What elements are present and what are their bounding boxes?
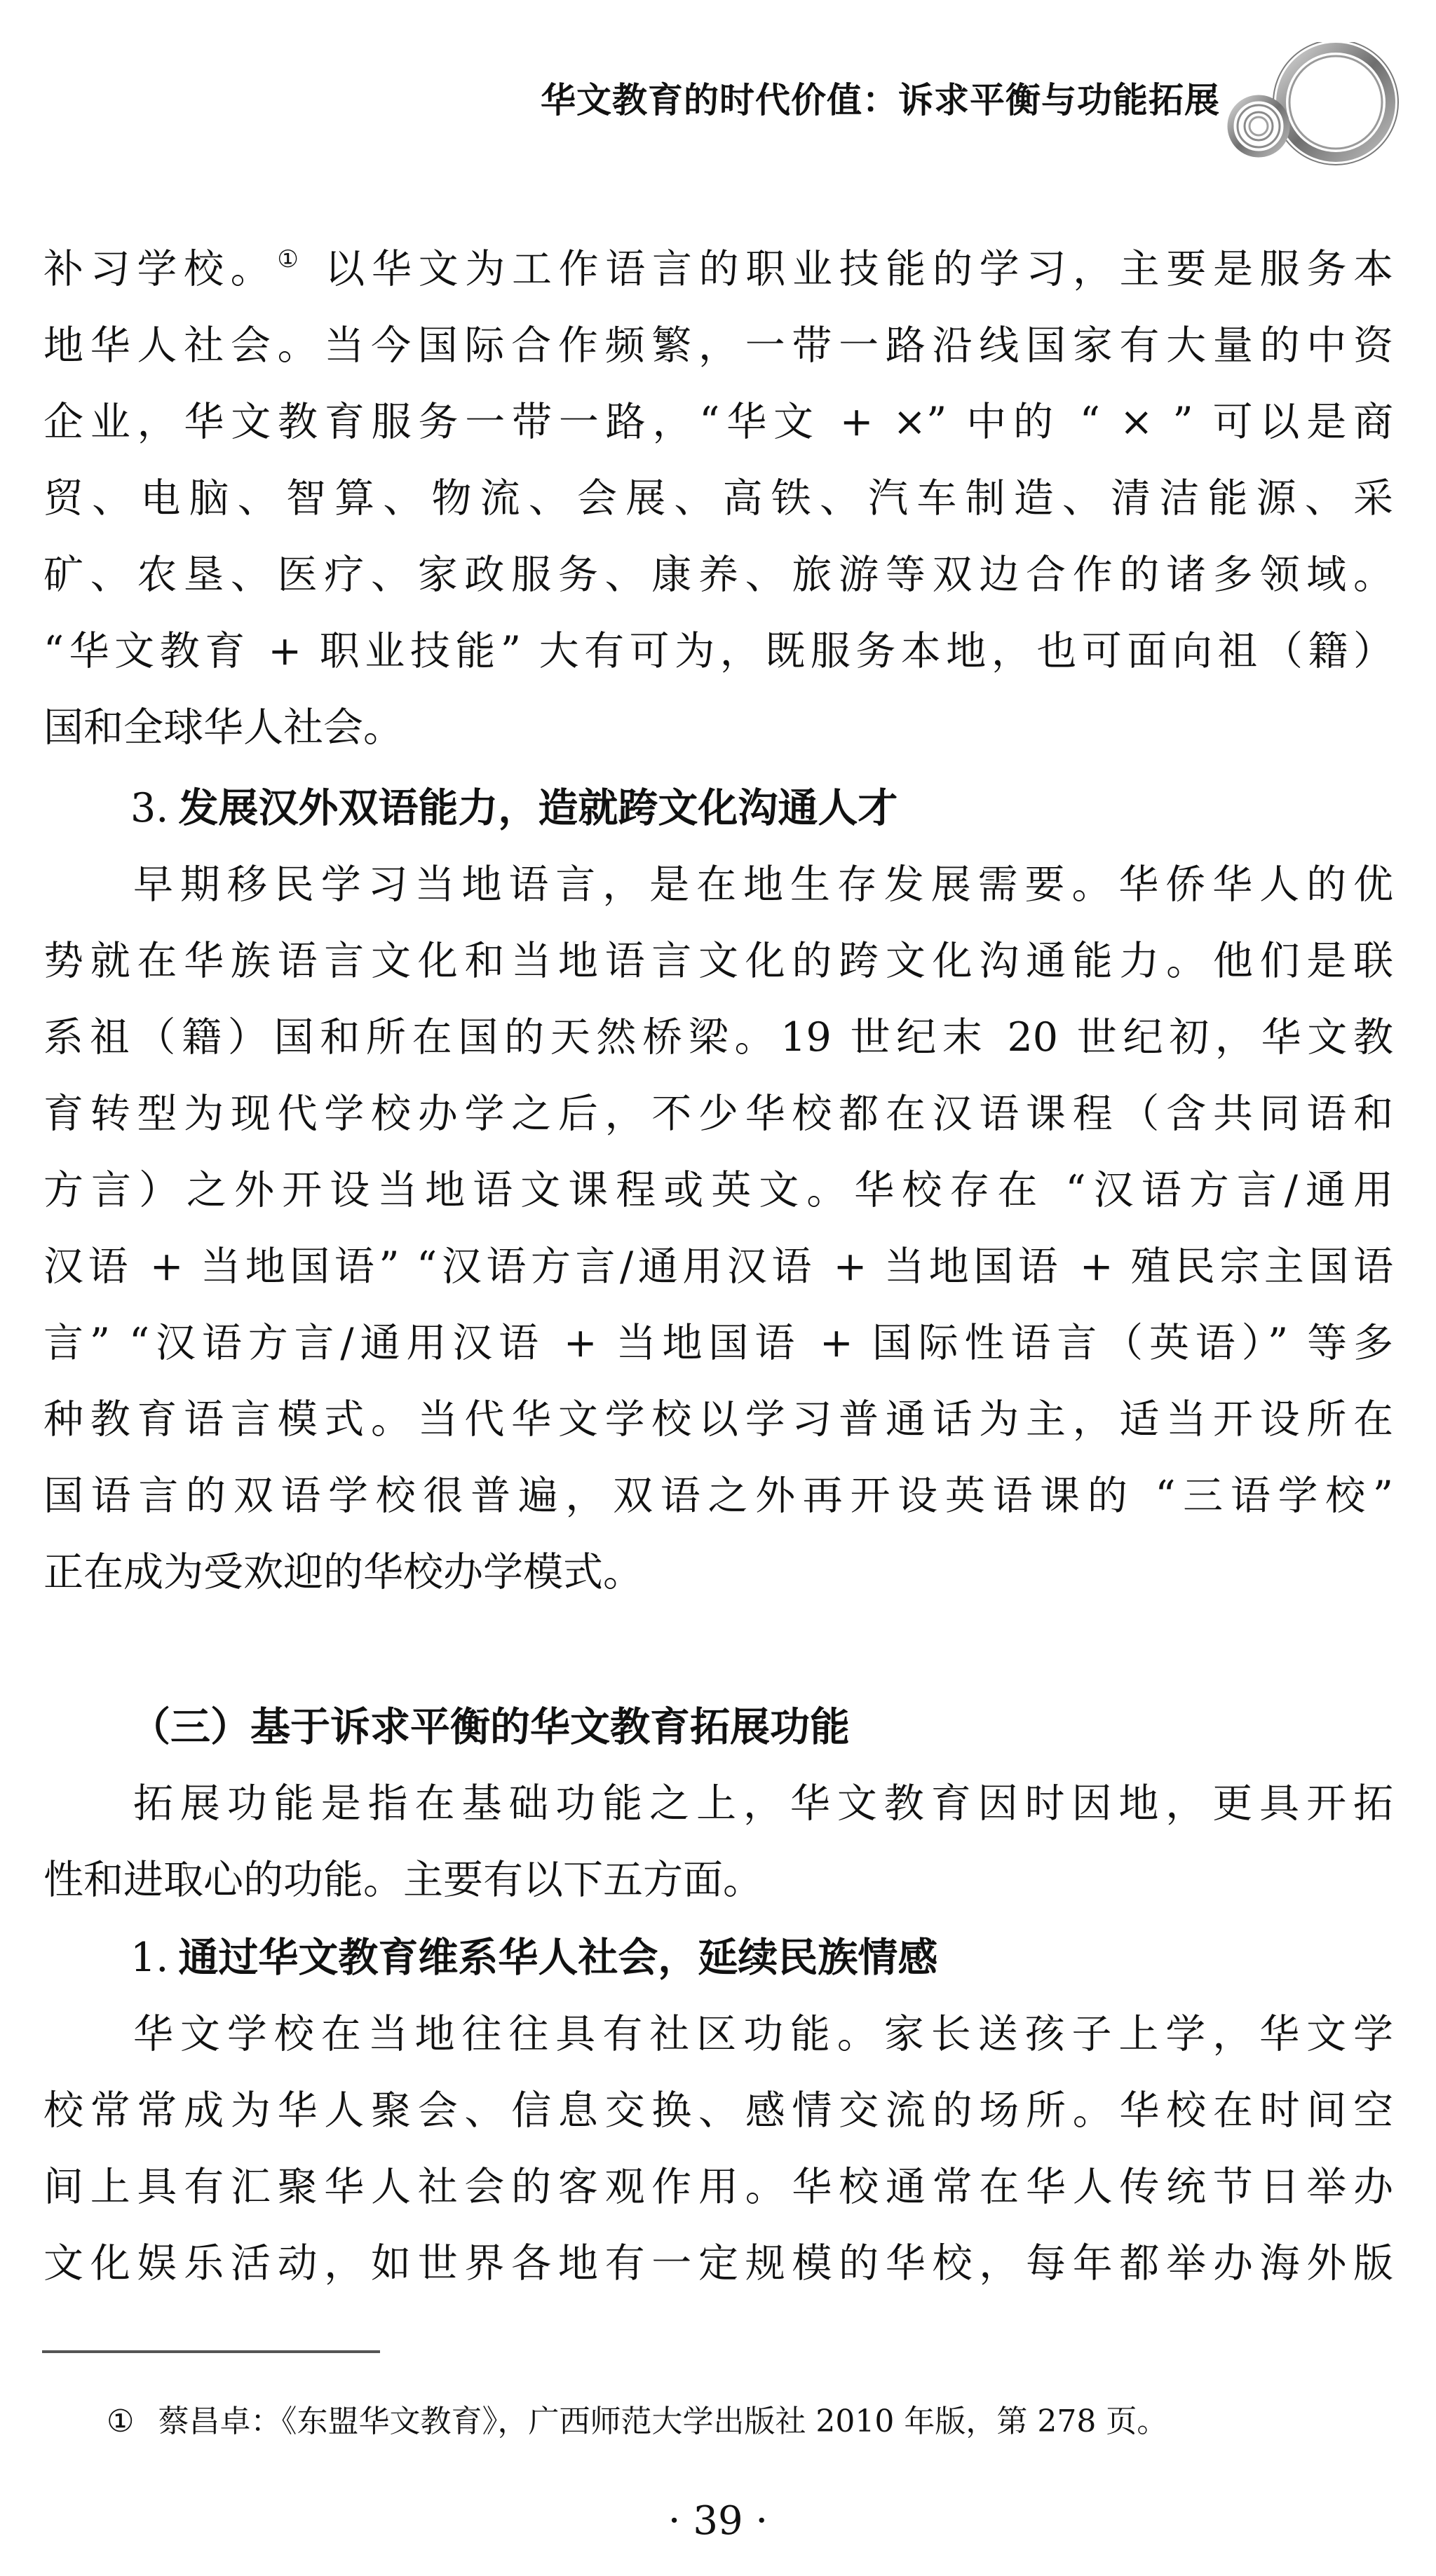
section-heading: （三）基于诉求平衡的华文教育拓展功能 <box>130 1689 850 1766</box>
body-line: 汉语 + 当地国语” “汉语方言/通用汉语 + 当地国语 + 殖民宗主国语 <box>43 1229 1393 1305</box>
body-line: 企业，华文教育服务一带一路，“华文 + ×” 中的 “ × ” 可以是商 <box>43 384 1393 461</box>
body-line: “华文教育 + 职业技能” 大有可为，既服务本地，也可面向祖（籍） <box>43 613 1393 690</box>
body-line: 势就在华族语言文化和当地语言文化的跨文化沟通能力。他们是联 <box>43 923 1393 1000</box>
heading-text: 发展汉外双语能力，造就跨文化沟通人才 <box>178 785 897 831</box>
heading-number: 3. <box>130 785 168 831</box>
body-line: 贸、电脑、智算、物流、会展、高铁、汽车制造、清洁能源、采 <box>43 461 1393 537</box>
body-line: 育转型为现代学校办学之后，不少华校都在汉语课程（含共同语和 <box>43 1076 1393 1152</box>
heading-text: 通过华文教育维系华人社会，延续民族情感 <box>178 1935 937 1981</box>
body-line: 正在成为受欢迎的华校办学模式。 <box>43 1534 1393 1611</box>
footnote-ref[interactable]: ① <box>277 245 305 273</box>
body-line: 种教育语言模式。当代华文学校以学习普通话为主，适当开设所在 <box>43 1382 1393 1458</box>
page-number: · 39 · <box>0 2497 1436 2546</box>
footnote-text: 蔡昌卓：《东盟华文教育》，广西师范大学出版社 2010 年版，第 278 页。 <box>158 2404 1167 2439</box>
footnote: ①蔡昌卓：《东盟华文教育》，广西师范大学出版社 2010 年版，第 278 页。 <box>107 2401 1167 2443</box>
footnote-divider <box>42 2350 380 2353</box>
running-head-title: 华文教育的时代价值：诉求平衡与功能拓展 <box>449 76 1220 125</box>
body-line: 国和全球华人社会。 <box>43 690 1393 766</box>
body-text: 补习学校。 <box>43 246 277 292</box>
body-line: 间上具有汇聚华人社会的客观作用。华校通常在华人传统节日举办 <box>43 2149 1393 2226</box>
body-text: 以华文为工作语言的职业技能的学习，主要是服务本 <box>306 246 1394 292</box>
body-line: 系祖（籍）国和所在国的天然桥梁。19 世纪末 20 世纪初，华文教 <box>43 1000 1393 1076</box>
double-ring-emblem-icon <box>1224 42 1399 168</box>
body-line: 国语言的双语学校很普遍，双语之外再开设英语课的 “三语学校” <box>43 1458 1393 1534</box>
body-line: 方言）之外开设当地语文课程或英文。华校存在 “汉语方言/通用 <box>43 1152 1393 1229</box>
subsection-heading-1: 1.通过华文教育维系华人社会，延续民族情感 <box>130 1920 937 1996</box>
footnote-mark: ① <box>107 2404 134 2439</box>
body-line: 华文学校在当地往往具有社区功能。家长送孩子上学，华文学 <box>133 1996 1393 2073</box>
subsection-heading-3: 3.发展汉外双语能力，造就跨文化沟通人才 <box>130 770 897 847</box>
body-line: 性和进取心的功能。主要有以下五方面。 <box>43 1842 1393 1919</box>
body-line: 矿、农垦、医疗、家政服务、康养、旅游等双边合作的诸多领域。 <box>43 537 1393 613</box>
body-line: 地华人社会。当今国际合作频繁，一带一路沿线国家有大量的中资 <box>43 308 1393 384</box>
body-line: 补习学校。① 以华文为工作语言的职业技能的学习，主要是服务本 <box>43 231 1393 308</box>
body-line: 校常常成为华人聚会、信息交换、感情交流的场所。华校在时间空 <box>43 2073 1393 2149</box>
body-line: 早期移民学习当地语言，是在地生存发展需要。华侨华人的优 <box>133 847 1393 923</box>
body-line: 拓展功能是指在基础功能之上，华文教育因时因地，更具开拓 <box>133 1766 1393 1842</box>
body-line: 言” “汉语方言/通用汉语 + 当地国语 + 国际性语言（英语）” 等多 <box>43 1305 1393 1382</box>
heading-number: 1. <box>130 1935 168 1981</box>
body-line: 文化娱乐活动，如世界各地有一定规模的华校，每年都举办海外版 <box>43 2226 1393 2302</box>
